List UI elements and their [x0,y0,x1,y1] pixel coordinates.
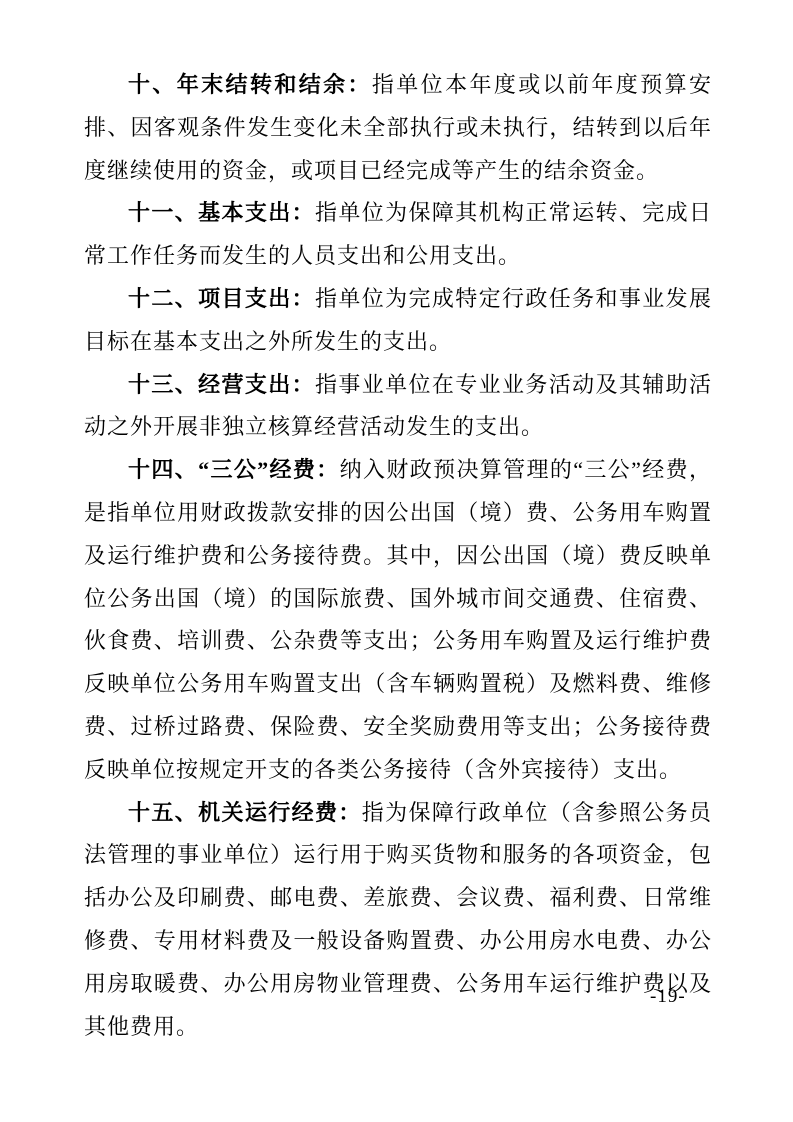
term-heading: 十五、机关运行经费： [128,800,362,825]
term-heading: 十二、项目支出： [128,286,315,311]
term-definition: 指为保障行政单位（含参照公务员法管理的事业单位）运行用于购买货物和服务的各项资金… [84,800,712,1039]
document-page: 十、年末结转和结余：指单位本年度或以前年度预算安排、因客观条件发生变化未全部执行… [0,0,793,1122]
paragraph-term-11: 十一、基本支出：指单位为保障其机构正常运转、完成日常工作任务而发生的人员支出和公… [84,192,712,278]
term-heading: 十、年末结转和结余： [128,72,372,97]
page-number: -19- [650,986,686,1008]
term-definition: 纳入财政预决算管理的“三公”经费，是指单位用财政拨款安排的因公出国（境）费、公务… [84,457,712,782]
paragraph-term-15: 十五、机关运行经费：指为保障行政单位（含参照公务员法管理的事业单位）运行用于购买… [84,792,712,1049]
document-body: 十、年末结转和结余：指单位本年度或以前年度预算安排、因客观条件发生变化未全部执行… [84,64,712,1048]
term-heading: 十三、经营支出： [128,372,315,397]
term-heading: 十四、“三公”经费： [128,457,340,482]
term-heading: 十一、基本支出： [128,200,315,225]
paragraph-term-12: 十二、项目支出：指单位为完成特定行政任务和事业发展目标在基本支出之外所发生的支出… [84,278,712,364]
paragraph-term-14: 十四、“三公”经费：纳入财政预决算管理的“三公”经费，是指单位用财政拨款安排的因… [84,449,712,791]
paragraph-term-13: 十三、经营支出：指事业单位在专业业务活动及其辅助活动之外开展非独立核算经营活动发… [84,364,712,450]
paragraph-term-10: 十、年末结转和结余：指单位本年度或以前年度预算安排、因客观条件发生变化未全部执行… [84,64,712,192]
